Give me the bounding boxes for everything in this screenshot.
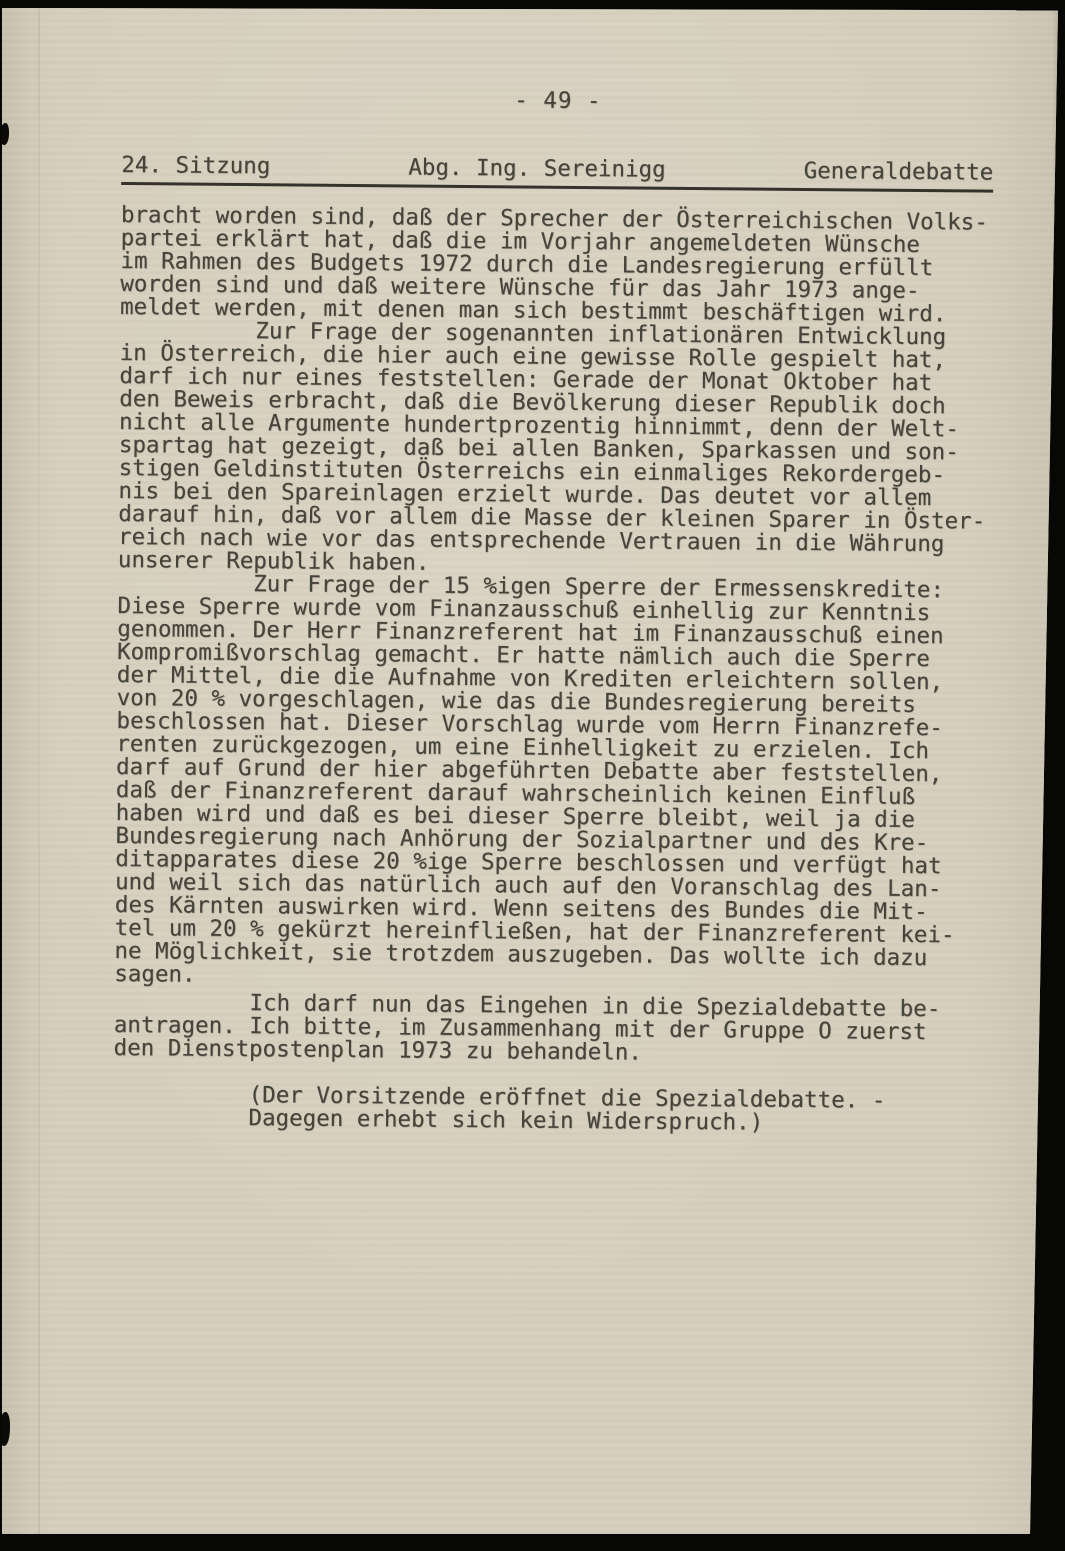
scan-speck	[0, 123, 9, 145]
debate-type-label: Generaldebatte	[804, 160, 994, 185]
scan-speck	[0, 1412, 10, 1446]
page-number: - 49 -	[122, 86, 994, 117]
paper-sheet: - 49 - 24. Sitzung Abg. Ing. Sereinigg G…	[2, 8, 1058, 1534]
paragraph-continuation: bracht worden sind, daß der Sprecher der…	[120, 204, 993, 327]
speech-text: bracht worden sind, daß der Sprecher der…	[113, 204, 993, 1137]
session-label: 24. Sitzung	[121, 154, 270, 178]
paragraph-sperre: Zur Frage der 15 %igen Sperre der Ermess…	[114, 572, 990, 994]
page-content: - 49 - 24. Sitzung Abg. Ing. Sereinigg G…	[113, 86, 994, 1137]
paragraph-inflation: Zur Frage der sogenannten inflationären …	[118, 319, 992, 580]
paragraph-motion: Ich darf nun das Eingehen in die Spezial…	[114, 991, 987, 1068]
speaker-label: Abg. Ing. Sereinigg	[408, 157, 666, 182]
running-header: 24. Sitzung Abg. Ing. Sereinigg Generald…	[121, 154, 993, 193]
paragraph-stage-direction: (Der Vorsitzende eröffnet die Spezialdeb…	[113, 1083, 985, 1137]
paper-crease	[38, 8, 40, 1534]
